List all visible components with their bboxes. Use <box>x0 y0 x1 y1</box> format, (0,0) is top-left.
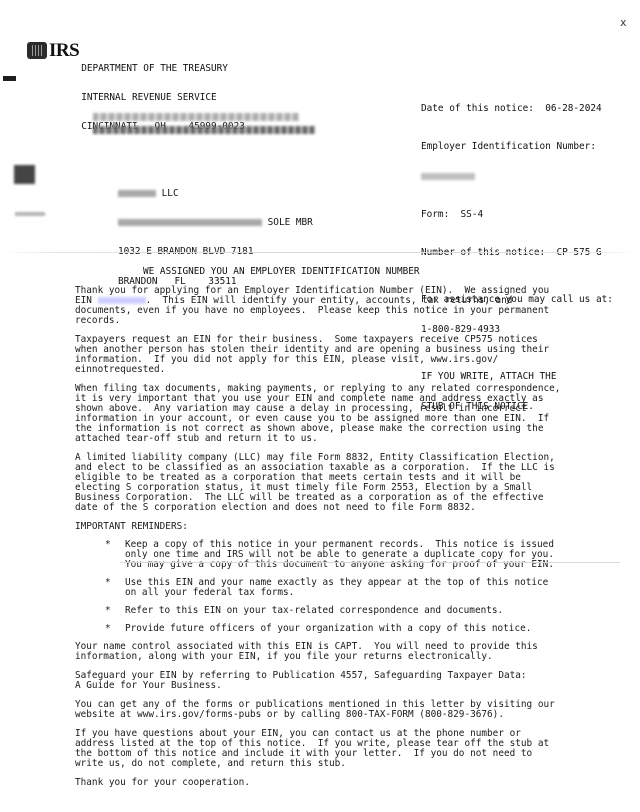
paragraph-identity: Taxpayers request an EIN for their busin… <box>75 335 640 375</box>
bullet-icon: * <box>105 578 125 598</box>
redacted-ein <box>421 173 475 180</box>
redacted-ein <box>98 297 146 304</box>
agency-line: DEPARTMENT OF THE TREASURY <box>81 64 245 74</box>
ein-value <box>421 172 613 182</box>
redacted-code-icon <box>14 165 35 184</box>
closing: Thank you for your cooperation. <box>75 778 640 788</box>
reminder-item: *Provide future officers of your organiz… <box>105 624 640 634</box>
bullet-icon: * <box>105 606 125 616</box>
bullet-icon: * <box>105 624 125 634</box>
redacted-barcode-line <box>93 126 315 134</box>
notice-number: Number of this notice: CP 575 G <box>421 248 613 258</box>
reminder-item: *Keep a copy of this notice in your perm… <box>105 540 640 570</box>
irs-logo-text: IRS <box>49 42 79 59</box>
form-info: Form: SS-4 <box>421 210 613 220</box>
reminders-heading: IMPORTANT REMINDERS: <box>75 522 640 532</box>
paragraph-llc: A limited liability company (LLC) may fi… <box>75 453 640 513</box>
redacted-name <box>118 190 156 197</box>
irs-eagle-icon <box>27 42 47 59</box>
scan-mark <box>3 76 16 81</box>
paragraph-forms: You can get any of the forms or publicat… <box>75 700 640 720</box>
paragraph-name-control: Your name control associated with this E… <box>75 642 640 662</box>
paragraph-filing: When filing tax documents, making paymen… <box>75 384 640 444</box>
redacted-barcode-line <box>93 113 299 121</box>
divider <box>0 252 640 253</box>
reminder-item: *Refer to this EIN on your tax-related c… <box>105 606 640 616</box>
scan-line <box>120 562 620 563</box>
recipient-member-line: SOLE MBR <box>118 218 313 228</box>
agency-address: DEPARTMENT OF THE TREASURY INTERNAL REVE… <box>81 45 245 151</box>
reminder-item: *Use this EIN and your name exactly as t… <box>105 578 640 598</box>
paragraph-safeguard: Safeguard your EIN by referring to Publi… <box>75 671 640 691</box>
letter-title: WE ASSIGNED YOU AN EMPLOYER IDENTIFICATI… <box>143 266 420 277</box>
notice-date: Date of this notice: 06-28-2024 <box>421 104 613 114</box>
letter-body: Thank you for applying for an Employer I… <box>75 286 640 797</box>
irs-header: IRS DEPARTMENT OF THE TREASURY INTERNAL … <box>27 42 245 151</box>
agency-line: INTERNAL REVENUE SERVICE <box>81 93 245 103</box>
recipient-address: LLC SOLE MBR 1032 E BRANDON BLVD 7181 BR… <box>118 169 313 296</box>
redacted-member-name <box>118 219 262 226</box>
ein-label: Employer Identification Number: <box>421 142 613 152</box>
irs-logo: IRS <box>27 42 79 59</box>
paragraph-intro: Thank you for applying for an Employer I… <box>75 286 640 326</box>
redacted-mark <box>15 212 45 216</box>
recipient-name-line: LLC <box>118 189 313 199</box>
paragraph-questions: If you have questions about your EIN, yo… <box>75 729 640 769</box>
close-button[interactable]: x <box>620 16 627 29</box>
bullet-icon: * <box>105 540 125 570</box>
